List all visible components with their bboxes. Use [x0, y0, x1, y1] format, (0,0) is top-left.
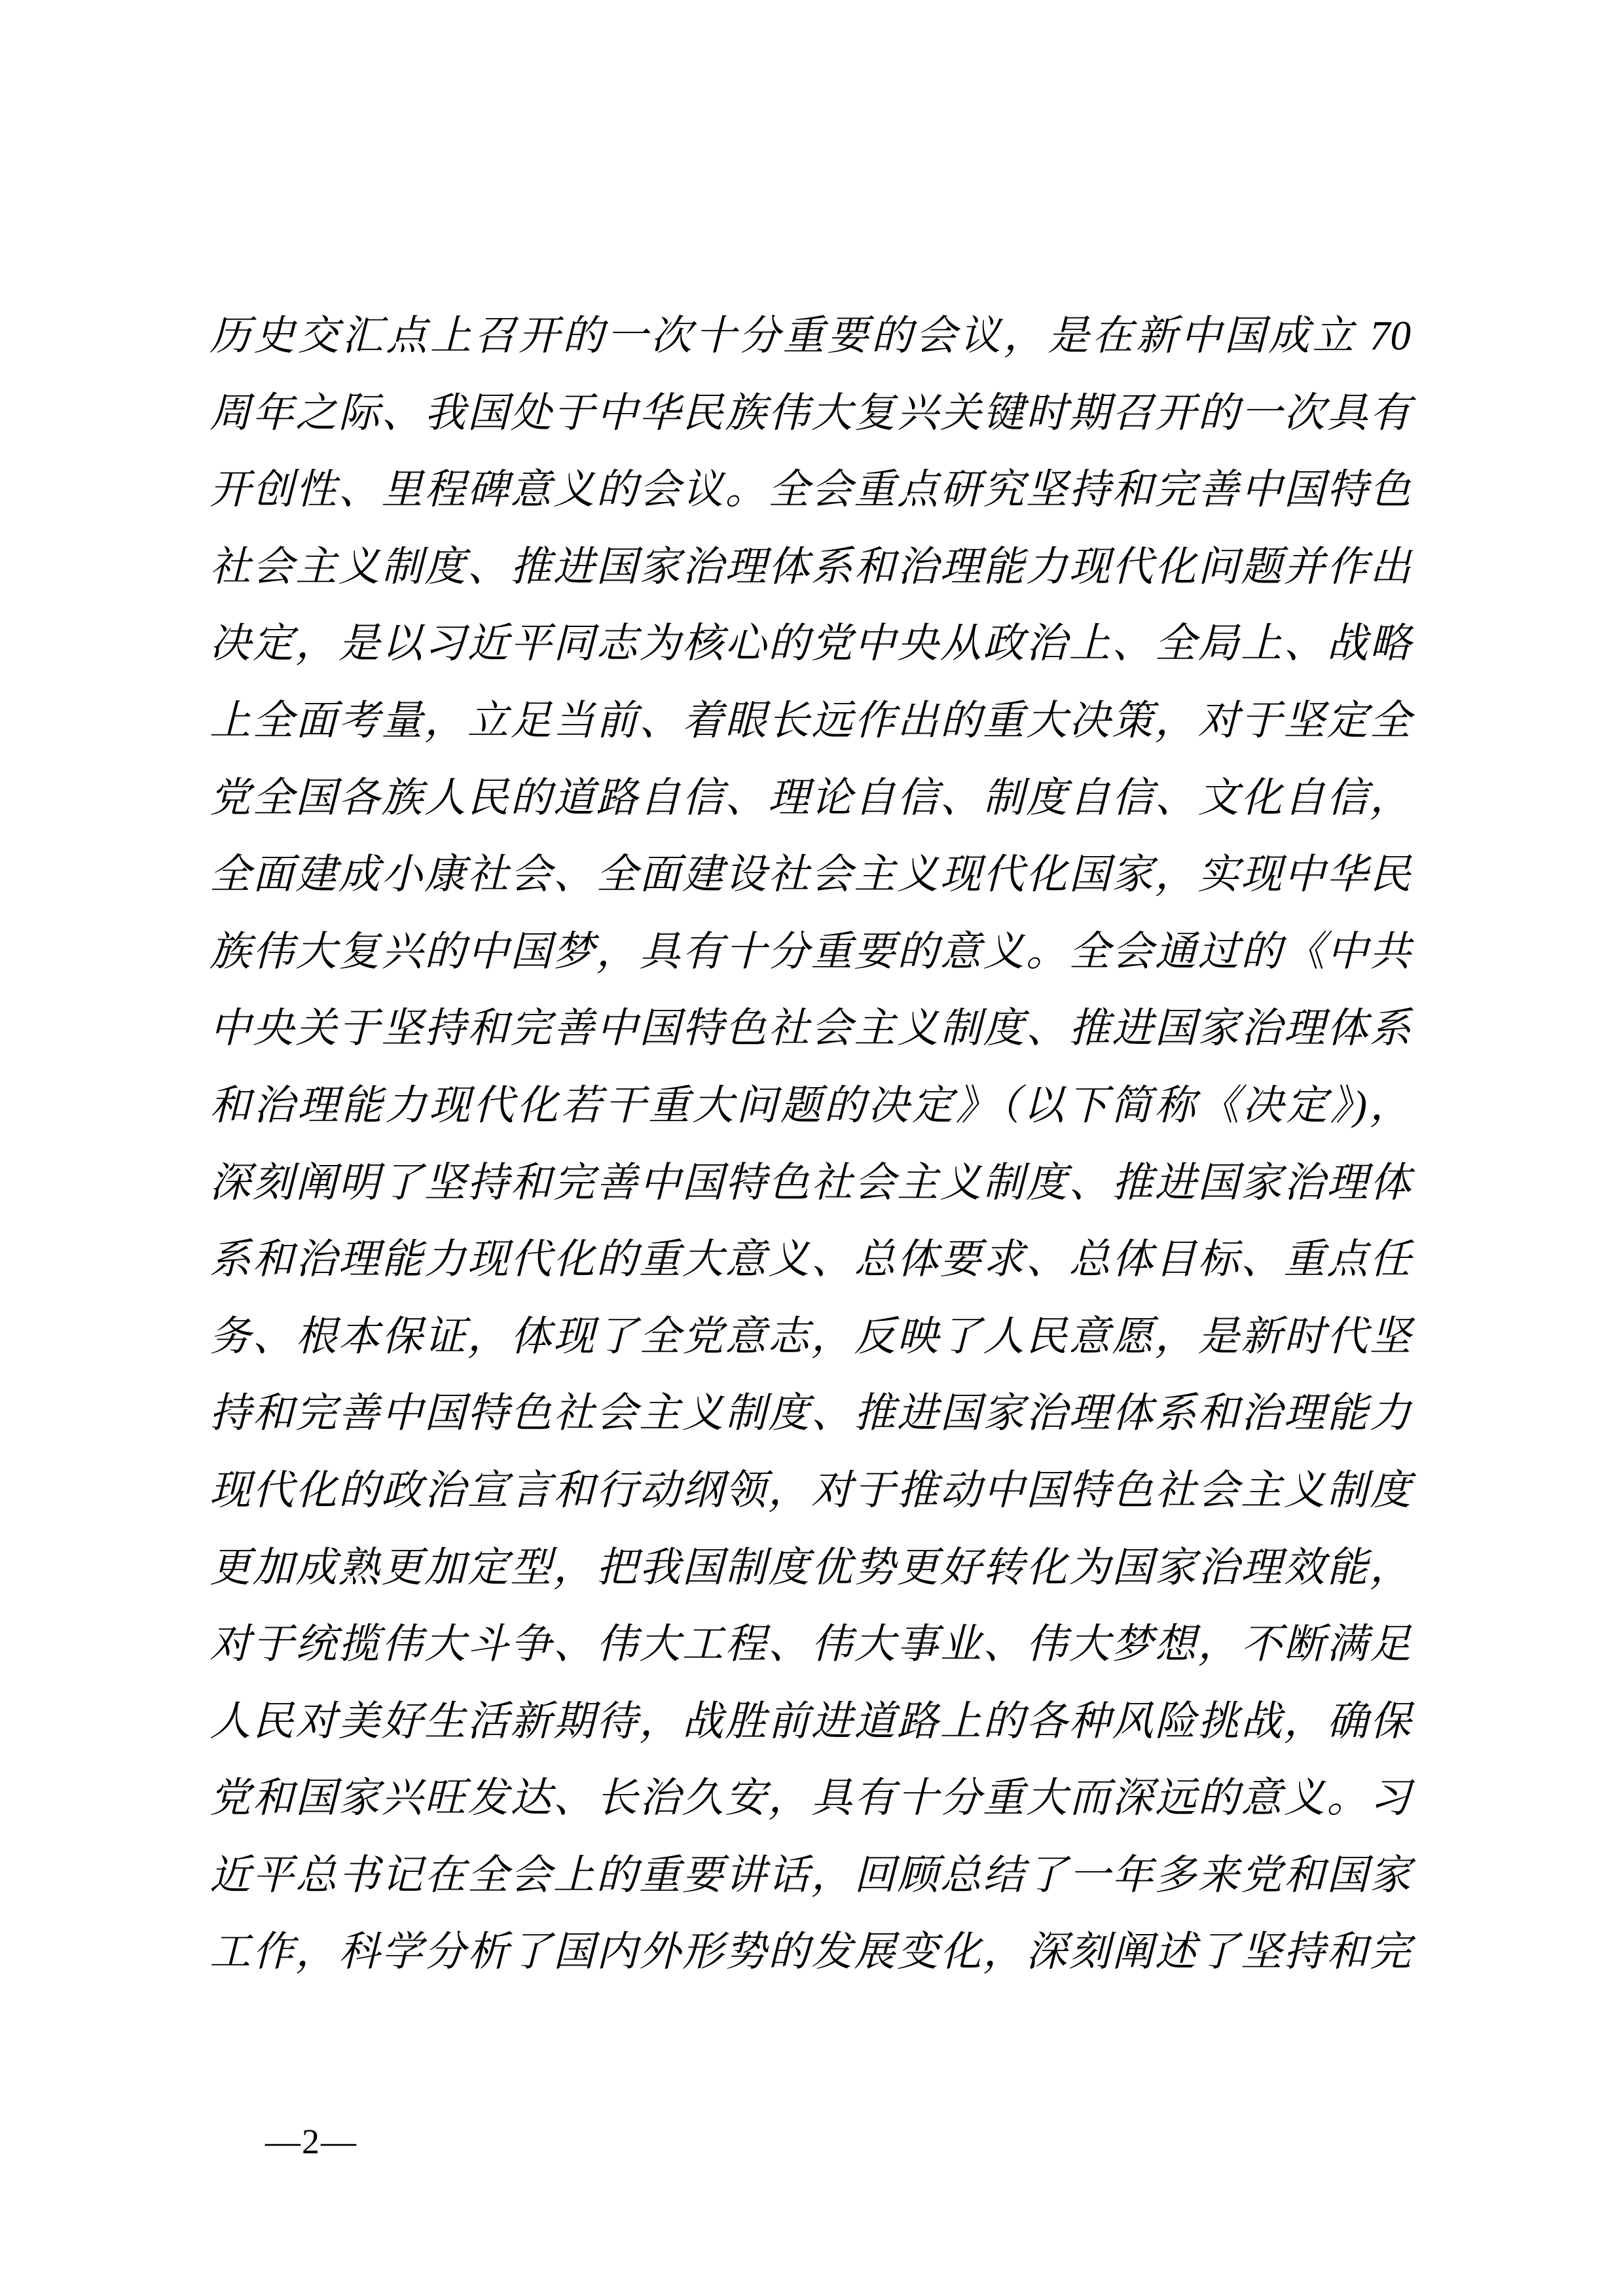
body-line-21: 近平总书记在全会上的重要讲话，回顾总结了一年多来党和国家 — [210, 1837, 1411, 1914]
body-line-11: 和治理能力现代化若干重大问题的决定》（以下简称《决定》)， — [210, 1067, 1411, 1145]
body-line-16: 现代化的政治宣言和行动纲领，对于推动中国特色社会主义制度 — [210, 1452, 1411, 1530]
page-number: —2— — [265, 2122, 357, 2161]
body-line-09: 族伟大复兴的中国梦，具有十分重要的意义。全会通过的《中共 — [210, 914, 1411, 991]
body-line-13: 系和治理能力现代化的重大意义、总体要求、总体目标、重点任 — [210, 1221, 1411, 1299]
body-line-05: 决定，是以习近平同志为核心的党中央从政治上、全局上、战略 — [210, 605, 1411, 683]
body-line-06: 上全面考量，立足当前、着眼长远作出的重大决策，对于坚定全 — [210, 683, 1411, 760]
body-line-03: 开创性、里程碑意义的会议。全会重点研究坚持和完善中国特色 — [210, 452, 1411, 529]
body-line-19: 人民对美好生活新期待，战胜前进道路上的各种风险挑战，确保 — [210, 1683, 1411, 1761]
body-line-10: 中央关于坚持和完善中国特色社会主义制度、推进国家治理体系 — [210, 990, 1411, 1067]
body-line-01: 历史交汇点上召开的一次十分重要的会议，是在新中国成立 70 — [210, 298, 1411, 375]
document-page: 历史交汇点上召开的一次十分重要的会议，是在新中国成立 70 周年之际、我国处于中… — [0, 0, 1623, 2296]
body-line-22: 工作，科学分析了国内外形势的发展变化，深刻阐述了坚持和完 — [210, 1914, 1411, 1991]
body-line-02: 周年之际、我国处于中华民族伟大复兴关键时期召开的一次具有 — [210, 375, 1411, 452]
body-line-18: 对于统揽伟大斗争、伟大工程、伟大事业、伟大梦想，不断满足 — [210, 1606, 1411, 1683]
body-line-15: 持和完善中国特色社会主义制度、推进国家治理体系和治理能力 — [210, 1375, 1411, 1452]
body-line-07: 党全国各族人民的道路自信、理论自信、制度自信、文化自信， — [210, 760, 1411, 837]
body-line-17: 更加成熟更加定型，把我国制度优势更好转化为国家治理效能， — [210, 1530, 1411, 1607]
body-line-14: 务、根本保证，体现了全党意志，反映了人民意愿，是新时代坚 — [210, 1299, 1411, 1376]
body-line-20: 党和国家兴旺发达、长治久安，具有十分重大而深远的意义。习 — [210, 1760, 1411, 1837]
body-line-12: 深刻阐明了坚持和完善中国特色社会主义制度、推进国家治理体 — [210, 1145, 1411, 1222]
body-line-04: 社会主义制度、推进国家治理体系和治理能力现代化问题并作出 — [210, 529, 1411, 606]
document-body: 历史交汇点上召开的一次十分重要的会议，是在新中国成立 70 周年之际、我国处于中… — [210, 298, 1411, 1991]
body-line-08: 全面建成小康社会、全面建设社会主义现代化国家，实现中华民 — [210, 836, 1411, 914]
